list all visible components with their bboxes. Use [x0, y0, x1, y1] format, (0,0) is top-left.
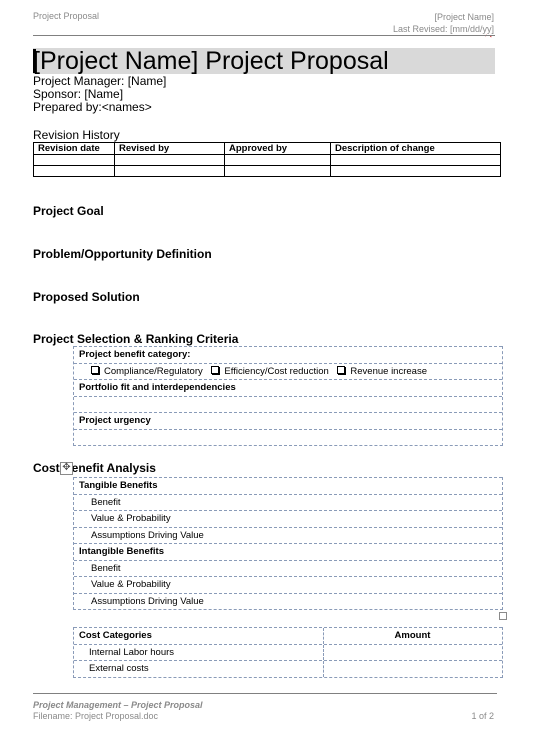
tangible-benefits-label[interactable]: Tangible Benefits [74, 477, 502, 494]
cost-header-row: Cost Categories Amount [74, 627, 502, 644]
table-cell[interactable] [331, 155, 501, 166]
revision-history-table: Revision date Revised by Approved by Des… [33, 142, 501, 177]
last-revised-end: ] [491, 24, 494, 34]
table-cell[interactable] [34, 166, 115, 177]
urgency-label[interactable]: Project urgency [74, 412, 502, 429]
col-approved-by[interactable]: Approved by [225, 143, 331, 155]
cost-label: External costs [89, 663, 149, 674]
document-title[interactable]: [Project Name] Project Proposal [33, 47, 389, 75]
tangible-value-probability[interactable]: Value & Probability [74, 510, 502, 527]
section-project-goal: Project Goal [33, 204, 104, 218]
table-header-row: Revision date Revised by Approved by Des… [34, 143, 501, 155]
option-label: Efficiency/Cost reduction [224, 366, 328, 377]
section-problem-definition: Problem/Opportunity Definition [33, 247, 212, 261]
table-row [34, 166, 501, 177]
col-revised-by[interactable]: Revised by [115, 143, 225, 155]
option-revenue[interactable]: Revenue increase [337, 366, 427, 377]
revision-history-label: Revision History [33, 128, 120, 142]
title-text: [Project Name] Project Proposal [33, 47, 389, 75]
urgency-value[interactable] [74, 429, 502, 446]
column-divider [323, 628, 324, 644]
amount-header[interactable]: Amount [323, 628, 502, 644]
cost-categories-header[interactable]: Cost Categories [79, 630, 152, 641]
table-resize-handle-icon[interactable] [499, 612, 507, 620]
portfolio-fit-label[interactable]: Portfolio fit and interdependencies [74, 379, 502, 396]
checkbox-icon [211, 366, 219, 374]
table-row [34, 155, 501, 166]
table-cell[interactable] [331, 166, 501, 177]
footer-divider [33, 693, 497, 694]
col-revision-date[interactable]: Revision date [34, 143, 115, 155]
cost-table: Cost Categories Amount Internal Labor ho… [73, 627, 503, 678]
option-compliance[interactable]: Compliance/Regulatory [91, 366, 203, 377]
header-right: [Project Name] Last Revised: [mm/dd/yy] [393, 11, 494, 35]
option-label: Revenue increase [350, 366, 427, 377]
table-move-handle-icon[interactable]: ✥ [60, 462, 73, 475]
checkbox-icon [337, 366, 345, 374]
criteria-table: Project benefit category: Compliance/Reg… [73, 346, 503, 446]
intangible-benefit[interactable]: Benefit [74, 560, 502, 577]
benefit-category-options: Compliance/Regulatory Efficiency/Cost re… [74, 363, 502, 380]
table-cell[interactable] [225, 155, 331, 166]
benefit-category-label[interactable]: Project benefit category: [74, 346, 502, 363]
intangible-assumptions[interactable]: Assumptions Driving Value [74, 593, 502, 610]
tangible-assumptions[interactable]: Assumptions Driving Value [74, 527, 502, 544]
footer-page-number: 1 of 2 [471, 711, 494, 721]
column-divider [323, 645, 324, 661]
header-last-revised: Last Revised: [mm/dd/yy] [393, 23, 494, 35]
table-cell[interactable] [34, 155, 115, 166]
section-selection-criteria: Project Selection & Ranking Criteria [33, 332, 238, 346]
header-project-name: [Project Name] [393, 11, 494, 23]
last-revised-text: Last Revised: [mm/dd/ [393, 24, 483, 34]
table-cell[interactable] [115, 155, 225, 166]
checkbox-icon [91, 366, 99, 374]
intangible-benefits-label[interactable]: Intangible Benefits [74, 543, 502, 560]
option-label: Compliance/Regulatory [104, 366, 203, 377]
section-proposed-solution: Proposed Solution [33, 290, 140, 304]
cost-row-internal-labor[interactable]: Internal Labor hours [74, 644, 502, 661]
table-cell[interactable] [225, 166, 331, 177]
footer-title: Project Management – Project Proposal [33, 700, 203, 710]
benefits-table: Tangible Benefits Benefit Value & Probab… [73, 477, 503, 610]
footer-filename: Filename: Project Proposal.doc [33, 711, 158, 721]
table-cell[interactable] [115, 166, 225, 177]
tangible-benefit[interactable]: Benefit [74, 494, 502, 511]
header-doc-type: Project Proposal [33, 11, 99, 21]
portfolio-fit-value[interactable] [74, 396, 502, 413]
section-cost-benefit: Cost Benefit Analysis [33, 461, 156, 475]
cost-label: Internal Labor hours [89, 647, 174, 658]
cost-row-external[interactable]: External costs [74, 660, 502, 677]
header-divider [33, 35, 495, 36]
prepared-by[interactable]: Prepared by:<names> [33, 101, 152, 114]
col-description[interactable]: Description of change [331, 143, 501, 155]
option-efficiency[interactable]: Efficiency/Cost reduction [211, 366, 328, 377]
column-divider [323, 661, 324, 677]
intangible-value-probability[interactable]: Value & Probability [74, 576, 502, 593]
